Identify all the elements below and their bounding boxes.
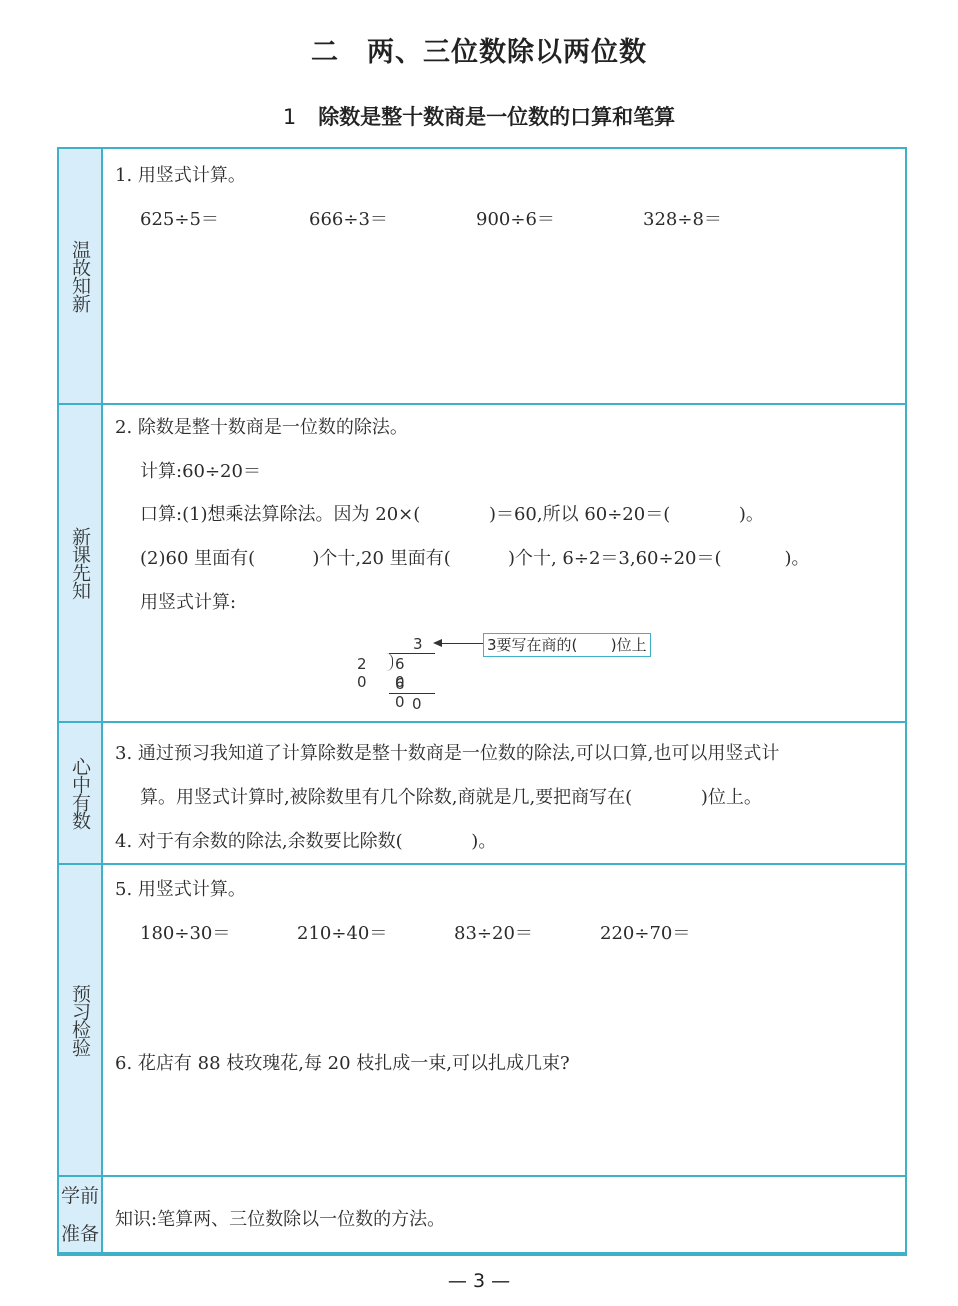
worksheet-table: 温故知新 1. 用竖式计算。 625÷5＝ 666÷3＝ 900÷6＝ 328÷… <box>57 147 907 1256</box>
remainder: 0 <box>412 695 422 713</box>
section-label: 新课先知 <box>69 527 91 599</box>
question-5-prompt: 5. 用竖式计算。 <box>115 875 246 901</box>
section-preparation: 学前 准备 知识:笔算两、三位数除以一位数的方法。 <box>59 1177 905 1254</box>
section-content: 2. 除数是整十数商是一位数的除法。 计算:60÷20＝ 口算:(1)想乘法算除… <box>103 405 905 721</box>
section-content: 1. 用竖式计算。 625÷5＝ 666÷3＝ 900÷6＝ 328÷8＝ <box>103 149 905 403</box>
section-label-cell: 新课先知 <box>59 405 103 721</box>
chapter-title: 二两、三位数除以两位数 <box>0 30 958 69</box>
lesson-title: 1除数是整十数商是一位数的口算和笔算 <box>0 101 958 131</box>
section-label-cell: 心中有数 <box>59 723 103 863</box>
problem: 180÷30＝ <box>140 919 230 945</box>
section-content: 3. 通过预习我知道了计算除数是整十数商是一位数的除法,可以口算,也可以用竖式计… <box>103 723 905 863</box>
section-label: 预习检验 <box>69 984 91 1056</box>
question-3-line-2: 算。用竖式计算时,被除数里有几个除数,商就是几,要把商写在( )位上。 <box>140 783 762 809</box>
question-3-line-1: 3. 通过预习我知道了计算除数是整十数商是一位数的除法,可以口算,也可以用竖式计 <box>115 739 779 765</box>
section-label: 心中有数 <box>69 757 91 829</box>
section-content: 知识:笔算两、三位数除以一位数的方法。 <box>103 1177 905 1252</box>
knowledge-line: 知识:笔算两、三位数除以一位数的方法。 <box>115 1205 445 1231</box>
section-review: 温故知新 1. 用竖式计算。 625÷5＝ 666÷3＝ 900÷6＝ 328÷… <box>59 149 905 405</box>
chapter-number: 二 <box>311 37 339 68</box>
problem: 328÷8＝ <box>643 205 722 231</box>
problem: 210÷40＝ <box>297 919 387 945</box>
section-label-bottom: 准备 <box>61 1215 99 1253</box>
vertical-calc-label: 用竖式计算: <box>140 588 236 614</box>
division-bar <box>389 653 435 654</box>
question-6: 6. 花店有 88 枝玫瑰花,每 20 枝扎成一束,可以扎成几束? <box>115 1049 570 1075</box>
chapter-title-text: 两、三位数除以两位数 <box>367 37 647 68</box>
section-label-cell: 温故知新 <box>59 149 103 403</box>
problem: 625÷5＝ <box>140 205 219 231</box>
section-new-lesson: 新课先知 2. 除数是整十数商是一位数的除法。 计算:60÷20＝ 口算:(1)… <box>59 405 905 723</box>
question-2-prompt: 2. 除数是整十数商是一位数的除法。 <box>115 413 408 439</box>
callout-box: 3要写在商的( )位上 <box>483 633 651 657</box>
arrow-left-icon <box>435 643 483 644</box>
problem: 900÷6＝ <box>476 205 555 231</box>
page-number: — 3 — <box>0 1270 958 1292</box>
oral-line-1: 口算:(1)想乘法算除法。因为 20×( )＝60,所以 60÷20＝( )。 <box>140 500 764 526</box>
section-label: 温故知新 <box>69 240 91 312</box>
section-label: 学前 准备 <box>61 1177 99 1253</box>
problem: 666÷3＝ <box>309 205 388 231</box>
section-label-cell: 学前 准备 <box>59 1177 103 1252</box>
calc-line: 计算:60÷20＝ <box>140 457 261 483</box>
quotient: 3 <box>413 635 423 653</box>
section-label-cell: 预习检验 <box>59 865 103 1175</box>
lesson-title-text: 除数是整十数商是一位数的口算和笔算 <box>318 105 675 129</box>
problem: 220÷70＝ <box>600 919 690 945</box>
problem: 83÷20＝ <box>454 919 533 945</box>
question-1-prompt: 1. 用竖式计算。 <box>115 161 246 187</box>
section-check: 预习检验 5. 用竖式计算。 180÷30＝ 210÷40＝ 83÷20＝ 22… <box>59 865 905 1177</box>
section-label-top: 学前 <box>61 1177 99 1215</box>
oral-line-2: (2)60 里面有( )个十,20 里面有( )个十, 6÷2＝3,60÷20＝… <box>140 544 809 570</box>
section-summary: 心中有数 3. 通过预习我知道了计算除数是整十数商是一位数的除法,可以口算,也可… <box>59 723 905 865</box>
question-4: 4. 对于有余数的除法,余数要比除数( )。 <box>115 827 496 853</box>
lesson-number: 1 <box>283 105 296 129</box>
divisor: 2 0 <box>357 655 367 691</box>
section-content: 5. 用竖式计算。 180÷30＝ 210÷40＝ 83÷20＝ 220÷70＝… <box>103 865 905 1175</box>
subtraction-line <box>389 693 435 694</box>
